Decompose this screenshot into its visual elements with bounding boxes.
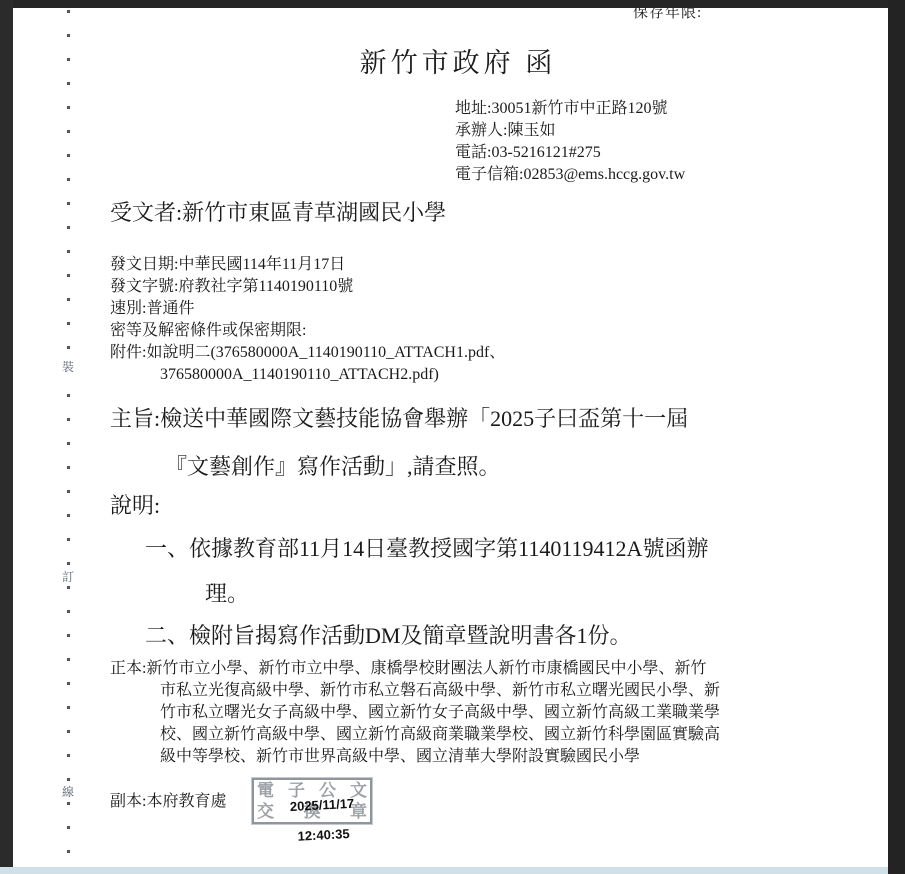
document-page: 裝 訂 線 保存年限: 新竹市政府 函 地址:30051新竹市中正路120號 承… (13, 8, 888, 867)
explanation-item-1-line-2: 理。 (205, 577, 249, 608)
primary-recipients-block: 正本:新竹市立小學、新竹市立中學、康橋學校財團法人新竹市康橋國民中小學、新竹 市… (110, 658, 720, 768)
stamp-date: 2025/11/17 (290, 796, 355, 814)
contact-info-block: 地址:30051新竹市中正路120號 承辦人:陳玉如 電話:03-5216121… (455, 98, 685, 186)
binding-marker-ding: 訂 (59, 570, 77, 584)
explanation-item-1-line-1: 一、依據教育部11月14日臺教授國字第1140119412A號函辦 (145, 532, 708, 563)
subject-line-1: 主旨:檢送中華國際文藝技能協會舉辦「2025子曰盃第十一屆 (110, 402, 688, 433)
subject-line-2: 『文藝創作』寫作活動」,請查照。 (165, 450, 501, 481)
stamp-timestamp: 2025/11/17 12:40:35 (260, 780, 364, 860)
primary-recipients-line-3: 竹市私立曙光女子高級中學、國立新竹女子高級中學、國立新竹高級工業職業學 (110, 702, 720, 724)
stamp-time: 12:40:35 (297, 826, 350, 844)
explanation-item-2: 二、檢附旨揭寫作活動DM及簡章暨說明書各1份。 (145, 619, 631, 650)
document-meta-block: 發文日期:中華民國114年11月17日 發文字號:府教社字第1140190110… (110, 254, 505, 386)
issue-date-line: 發文日期:中華民國114年11月17日 (110, 254, 505, 276)
viewer-right-edge (888, 0, 905, 874)
document-title: 新竹市政府 函 (293, 41, 623, 80)
primary-recipients-line-4: 校、國立新竹高級中學、國立新竹高級商業職業學校、國立新竹科學園區實驗高 (110, 724, 720, 746)
cc-recipients-line: 副本:本府教育處 (110, 788, 226, 811)
viewer-left-edge (0, 0, 13, 867)
retention-period-label: 保存年限: (633, 8, 702, 22)
attachment-line-2: 376580000A_1140190110_ATTACH2.pdf) (110, 364, 505, 386)
speed-class-line: 速別:普通件 (110, 298, 505, 320)
binding-marker-xian: 線 (59, 785, 77, 799)
security-class-line: 密等及解密條件或保密期限: (110, 320, 505, 342)
doc-number-line: 發文字號:府教社字第1140190110號 (110, 276, 505, 298)
horizontal-scrollbar[interactable] (0, 867, 888, 874)
contact-email: 電子信箱:02853@ems.hccg.gov.tw (455, 164, 685, 186)
contact-phone: 電話:03-5216121#275 (455, 142, 685, 164)
primary-recipients-line-5: 級中等學校、新竹市世界高級中學、國立清華大學附設實驗國民小學 (110, 746, 720, 768)
contact-person: 承辦人:陳玉如 (455, 120, 685, 142)
explanation-label: 說明: (110, 489, 160, 520)
recipient-line: 受文者:新竹市東區青草湖國民小學 (110, 196, 446, 227)
viewer-top-edge (0, 0, 905, 8)
electronic-exchange-stamp: 電子公文 交換章 2025/11/17 12:40:35 (252, 778, 372, 824)
primary-recipients-line-1: 正本:新竹市立小學、新竹市立中學、康橋學校財團法人新竹市康橋國民中小學、新竹 (110, 658, 720, 680)
primary-recipients-line-2: 市私立光復高級中學、新竹市私立磐石高級中學、新竹市私立曙光國民小學、新 (110, 680, 720, 702)
binding-marker-zhuang: 裝 (59, 360, 77, 374)
attachment-line-1: 附件:如說明二(376580000A_1140190110_ATTACH1.pd… (110, 342, 505, 364)
binding-dotted-line (67, 10, 70, 867)
contact-address: 地址:30051新竹市中正路120號 (455, 98, 685, 120)
